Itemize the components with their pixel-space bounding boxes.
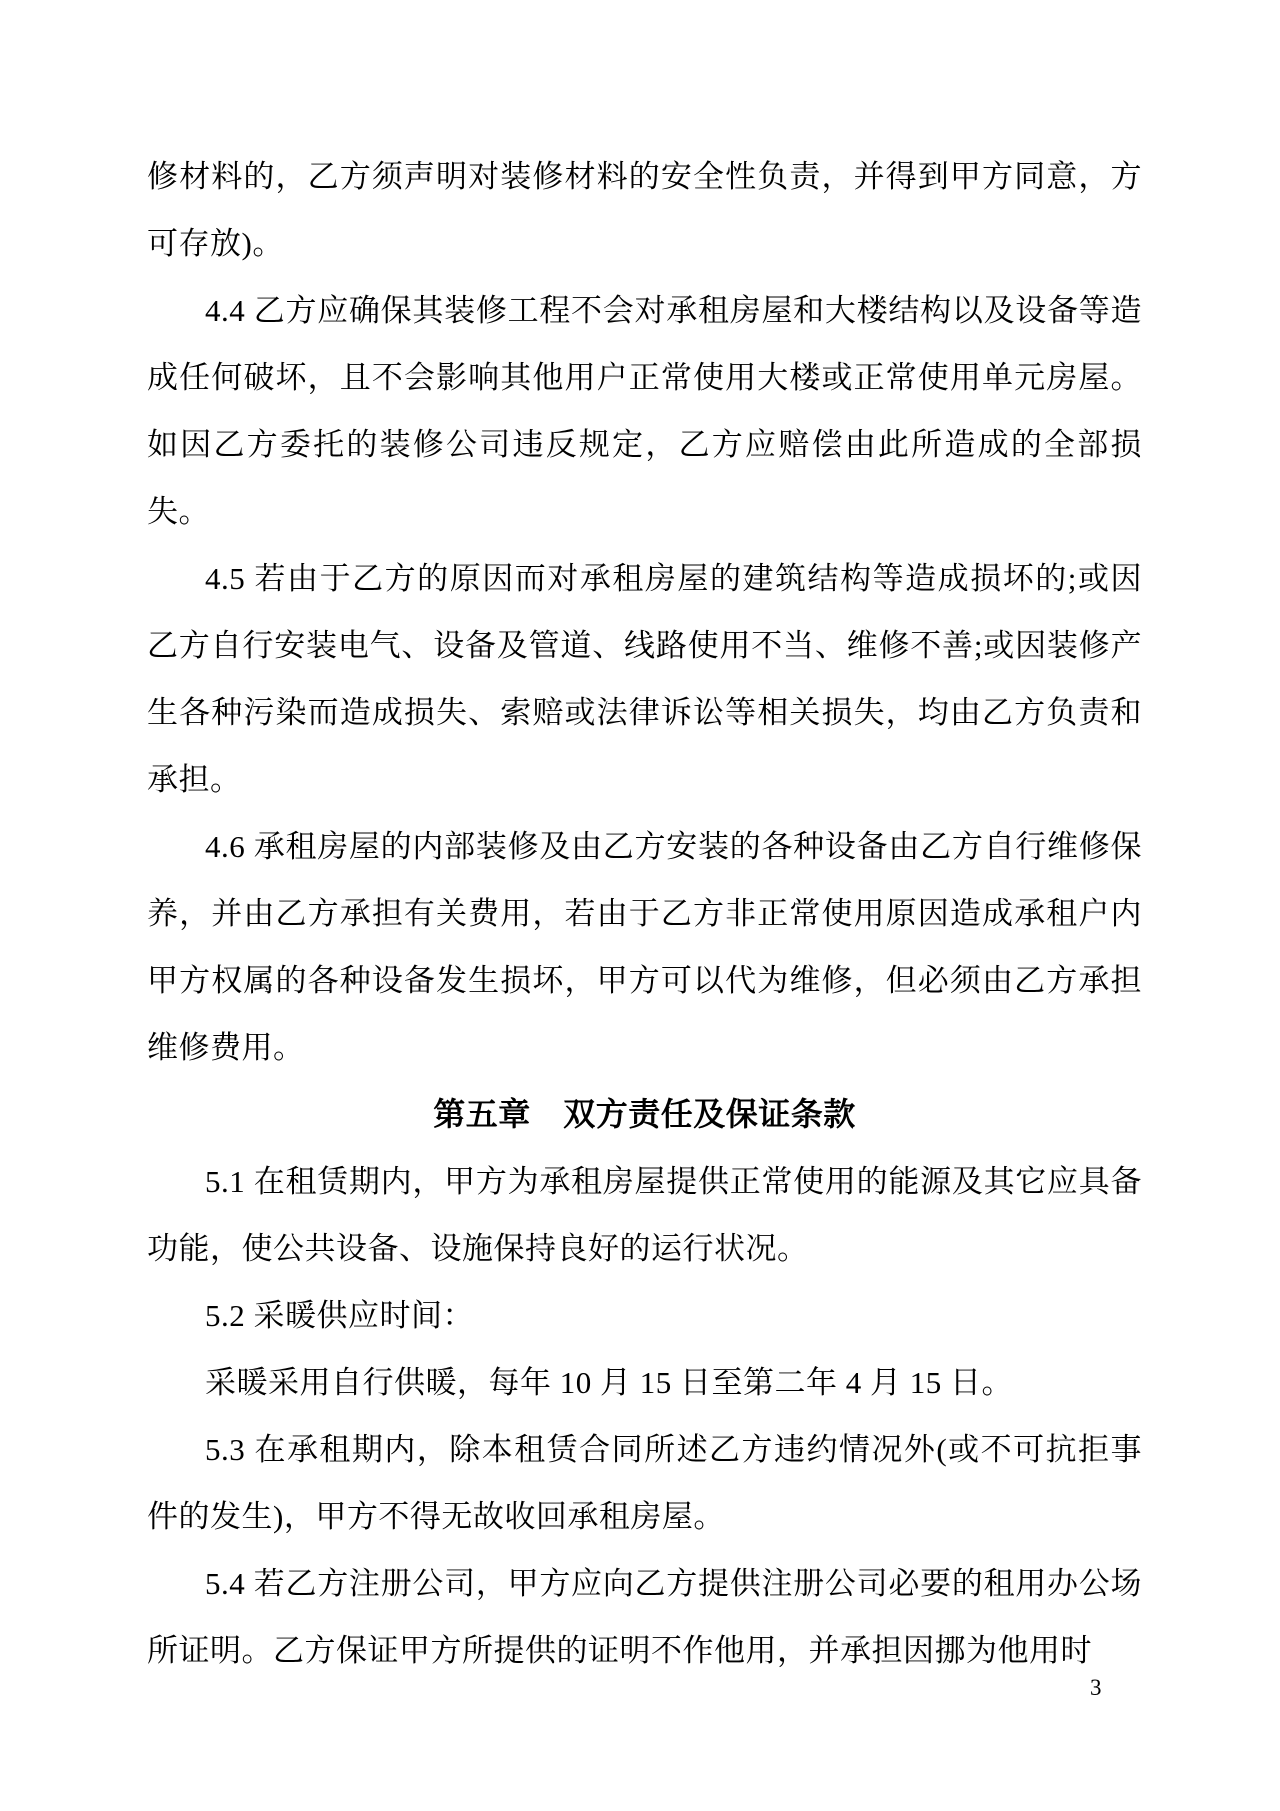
paragraph: 修材料的，乙方须声明对装修材料的安全性负责，并得到甲方同意，方可存放)。 [147,143,1142,277]
paragraph: 5.3 在承租期内，除本租赁合同所述乙方违约情况外(或不可抗拒事件的发生)，甲方… [147,1416,1142,1550]
paragraph: 4.4 乙方应确保其装修工程不会对承租房屋和大楼结构以及设备等造成任何破坏，且不… [147,277,1142,545]
document-page: 修材料的，乙方须声明对装修材料的安全性负责，并得到甲方同意，方可存放)。4.4 … [0,0,1280,1811]
paragraph: 4.6 承租房屋的内部装修及由乙方安装的各种设备由乙方自行维修保养，并由乙方承担… [147,813,1142,1081]
page-number: 3 [1090,1672,1102,1704]
paragraph: 5.2 采暖供应时间： [147,1282,1142,1349]
chapter-heading: 第五章 双方责任及保证条款 [147,1081,1142,1148]
paragraph: 5.4 若乙方注册公司，甲方应向乙方提供注册公司必要的租用办公场所证明。乙方保证… [147,1550,1142,1684]
paragraph: 4.5 若由于乙方的原因而对承租房屋的建筑结构等造成损坏的;或因乙方自行安装电气… [147,545,1142,813]
document-body: 修材料的，乙方须声明对装修材料的安全性负责，并得到甲方同意，方可存放)。4.4 … [147,143,1142,1684]
paragraph: 采暖采用自行供暖，每年 10 月 15 日至第二年 4 月 15 日。 [147,1349,1142,1416]
paragraph: 5.1 在租赁期内，甲方为承租房屋提供正常使用的能源及其它应具备功能，使公共设备… [147,1148,1142,1282]
